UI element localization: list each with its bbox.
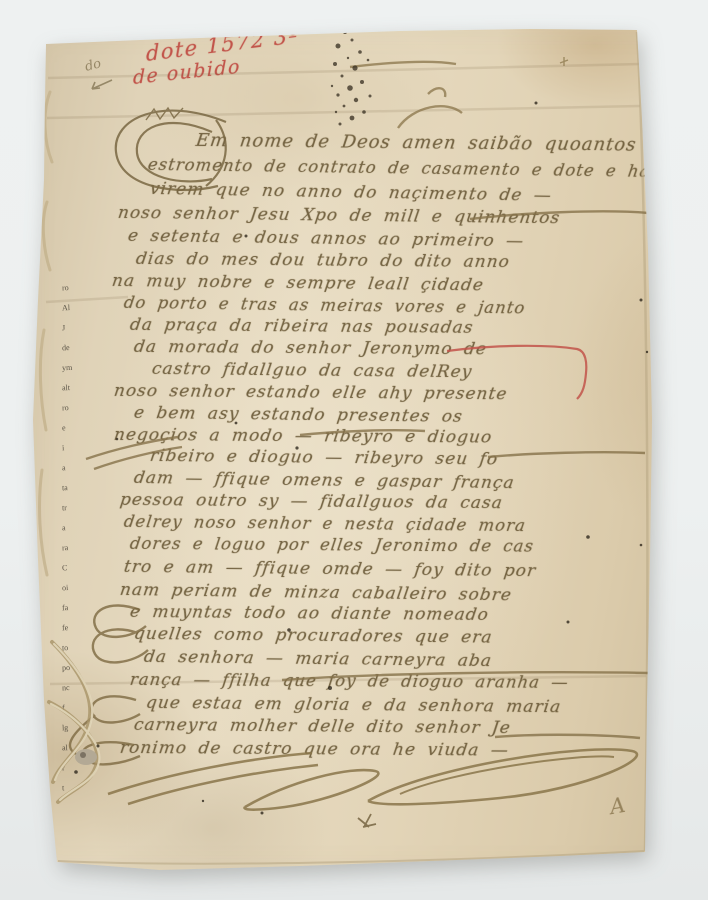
manuscript-line: ronimo de castro que ora he viuda — [119, 738, 510, 761]
manuscript-line: estromento de contrato de casamento e do… [147, 155, 692, 182]
manuscript-page: dote 1572 3º de oubido do A roAlJdeymalt… [0, 0, 708, 900]
manuscript-line: dores e loguo por elles Jeronimo de cas [129, 534, 535, 556]
manuscript-line: delrey noso senhor e nesta çidade mora [123, 512, 527, 535]
manuscript-line: negoçios a modo — ribeyro e dioguo [113, 425, 494, 448]
manuscript-line: pessoa outro sy — fidallguos da casa [119, 490, 504, 513]
manuscript-line: e muyntas todo ao diante nomeado [129, 602, 490, 625]
manuscript-line: tro e am — ffique omde — foy dito por [123, 557, 538, 581]
manuscript-line: e setenta e dous annos ao primeiro — [127, 226, 526, 251]
manuscript-line: dam — ffique omens e gaspar frança [133, 468, 516, 493]
manuscript-line: noso senhor Jesu Xpo de mill e quinhento… [117, 203, 562, 228]
manuscript-line: da morada do senhor Jeronymo de [133, 337, 489, 359]
manuscript-line: que estaa em gloria e da senhora maria [145, 693, 563, 717]
manuscript-line: carneyra molher delle dito senhor Je [133, 715, 512, 738]
manuscript-line: noso senhor estando elle ahy presente [113, 381, 509, 404]
page-shadow: dote 1572 3º de oubido do A roAlJdeymalt… [0, 0, 708, 900]
photo-background: dote 1572 3º de oubido do A roAlJdeymalt… [0, 0, 708, 900]
manuscript-line: do porto e tras as meiras vores e janto [123, 293, 527, 318]
manuscript-line: ribeiro e dioguo — ribeyro seu fo [149, 446, 500, 470]
manuscript-line: Em nome de Deos amen saibão quoantos est… [195, 130, 692, 156]
manuscript-line: da praça da ribeira nas pousadas [129, 315, 475, 338]
manuscript-line: dias do mes dou tubro do dito anno [135, 249, 512, 272]
manuscript-text: Em nome de Deos amen saibão quoantos est… [0, 0, 708, 900]
manuscript-line: virem que no anno do naçimento de — [149, 179, 554, 206]
manuscript-line: e bem asy estando presentes os [133, 403, 464, 427]
manuscript-line: castro fidallguo da casa delRey [151, 359, 474, 382]
manuscript-line: da senhora — maria carneyra aba [143, 647, 494, 671]
manuscript-line: na muy nobre e sempre leall çidade [111, 271, 486, 296]
manuscript-line: rança — ffilha que foy de dioguo aranha … [129, 670, 570, 692]
manuscript-line: quelles como procuradores que era [133, 624, 494, 648]
